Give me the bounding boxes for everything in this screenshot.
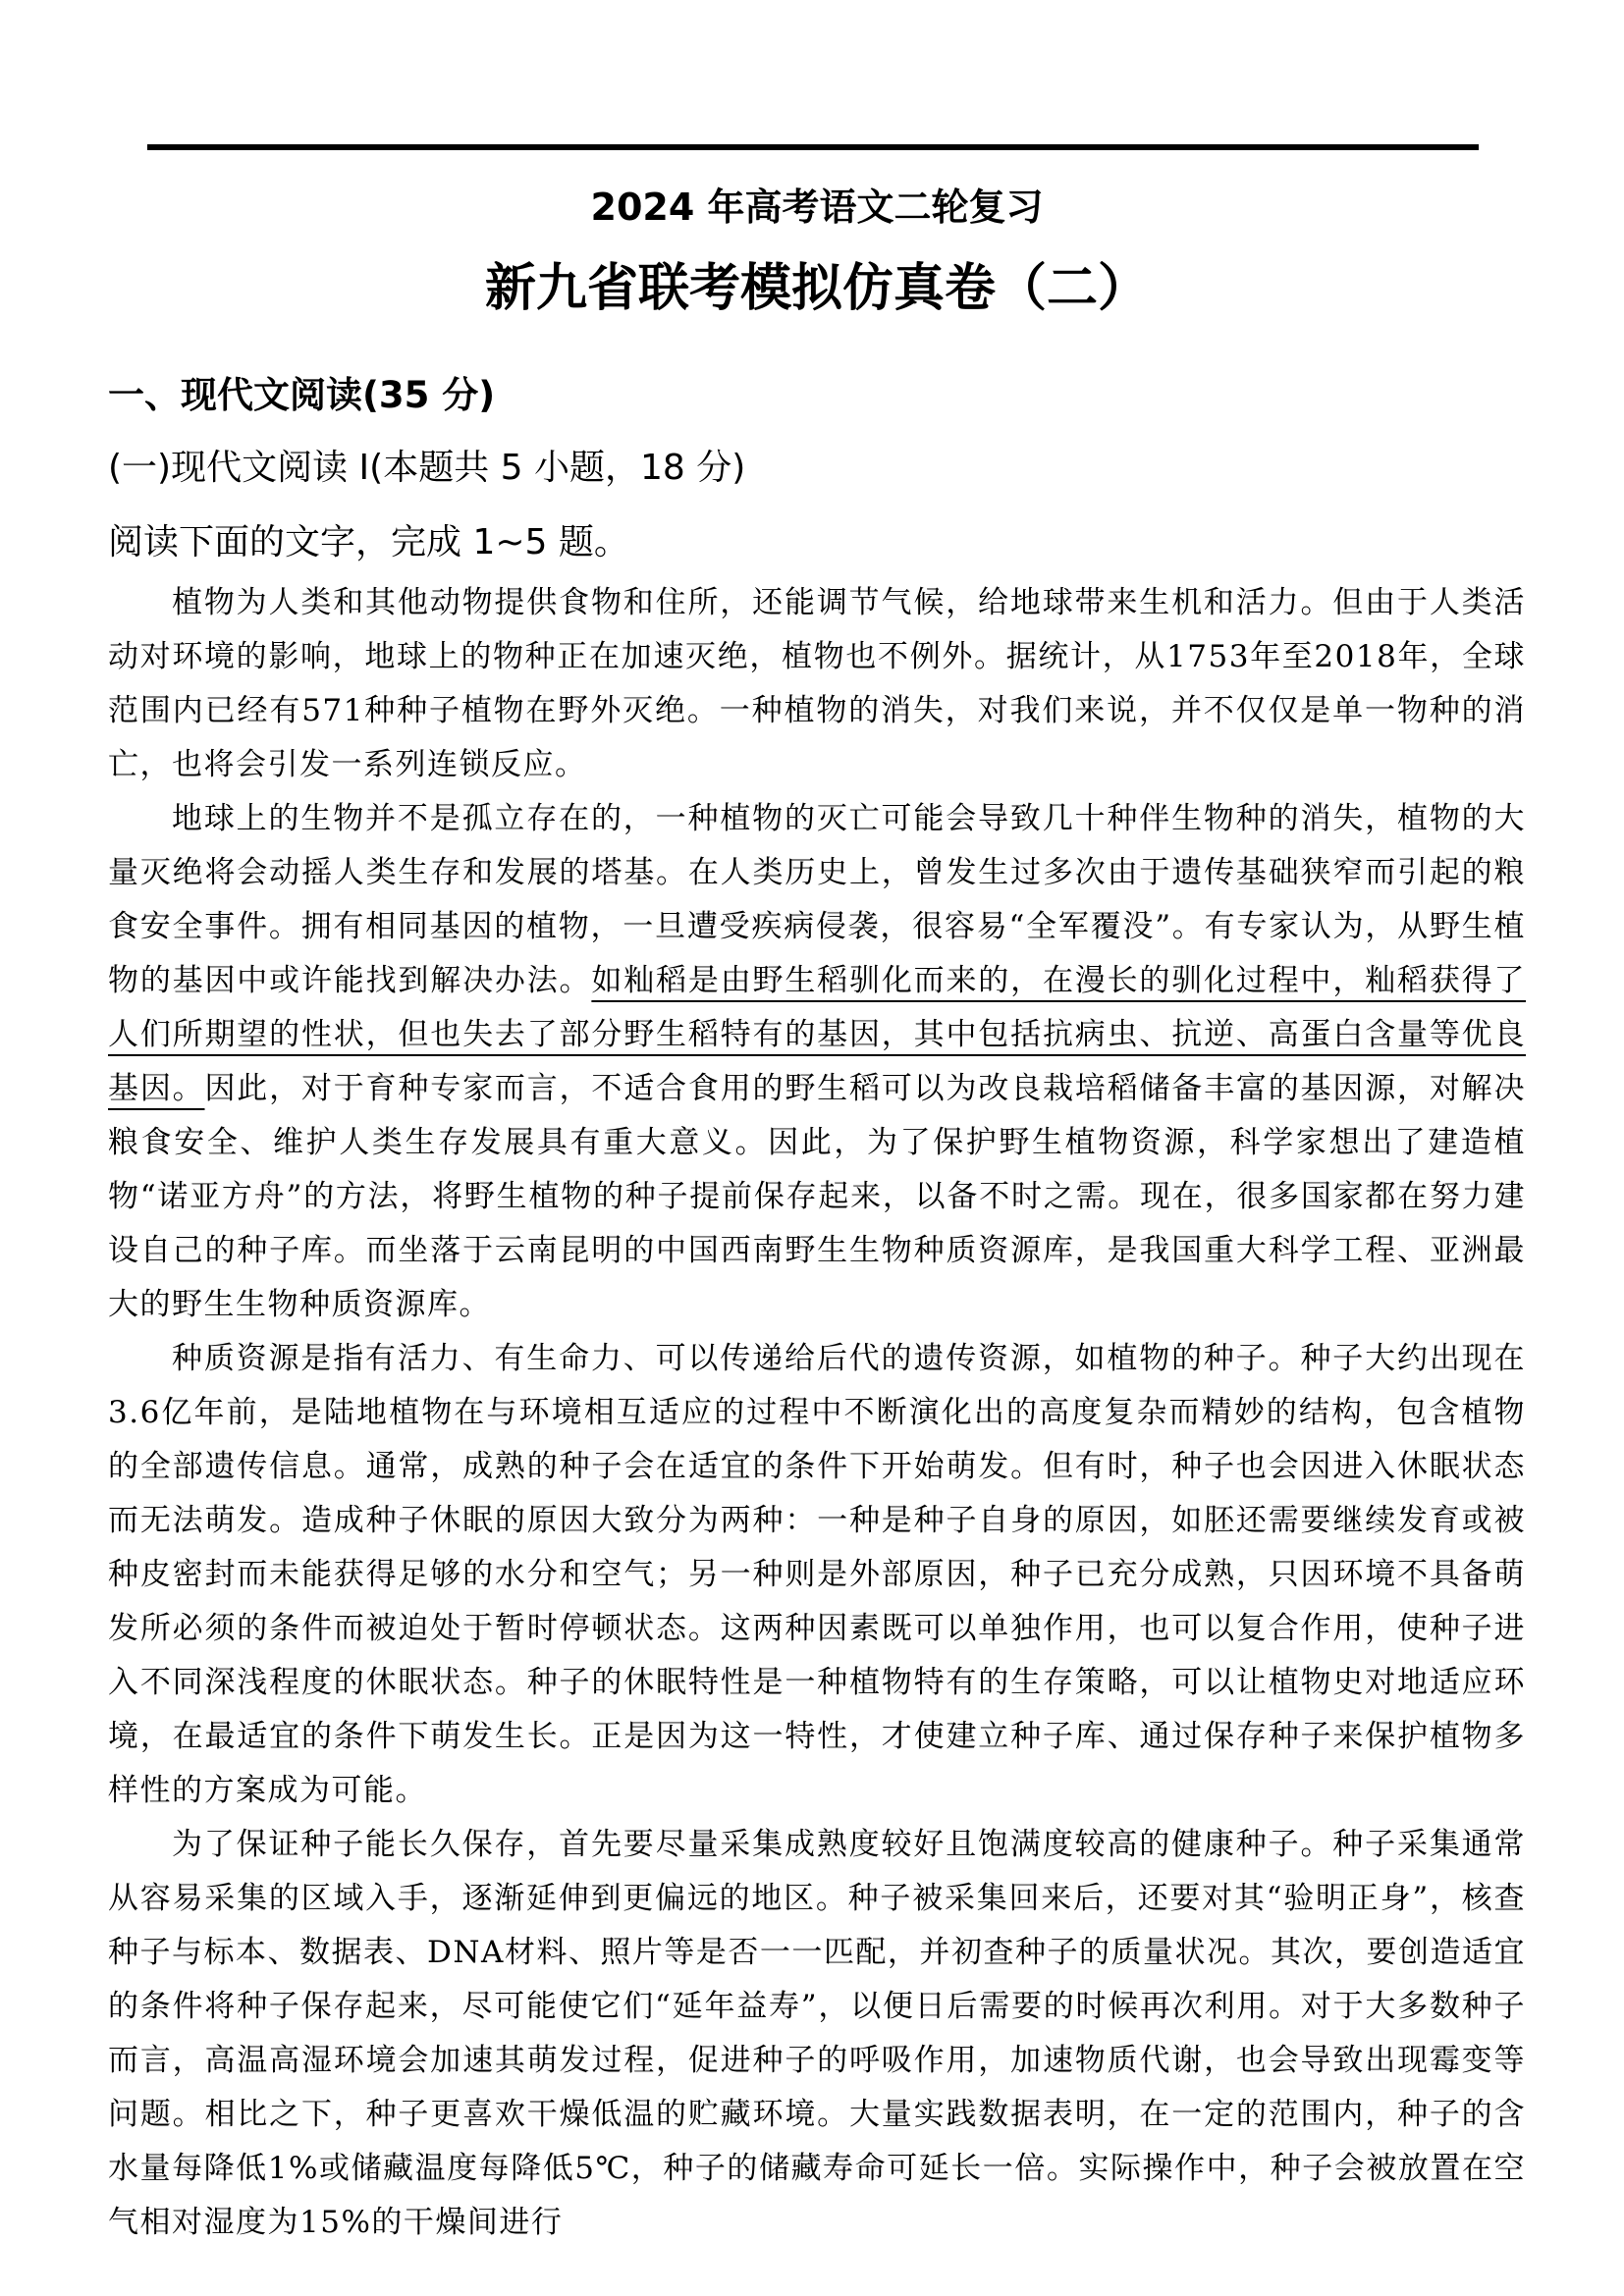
page-content: 2024 年高考语文二轮复习 新九省联考模拟仿真卷（二） 一、现代文阅读(35 … (108, 162, 1526, 2250)
exam-paper-page: 2024 年高考语文二轮复习 新九省联考模拟仿真卷（二） 一、现代文阅读(35 … (0, 0, 1624, 2296)
subsection-heading: (一)现代文阅读 I(本题共 5 小题，18 分) (108, 445, 1526, 492)
paragraph-2-post-text: 因此，对于育种专家而言，不适合食用的野生稻可以为改良栽培稻储备丰富的基因源，对解… (108, 1071, 1526, 1322)
reading-passage: 植物为人类和其他动物提供食物和住所，还能调节气候，给地球带来生机和活力。但由于人… (108, 576, 1526, 2250)
section-heading: 一、现代文阅读(35 分) (108, 372, 1526, 419)
passage-paragraph-1: 植物为人类和其他动物提供食物和住所，还能调节气候，给地球带来生机和活力。但由于人… (108, 576, 1526, 792)
doc-title-line-2: 新九省联考模拟仿真卷（二） (108, 256, 1526, 321)
passage-paragraph-2: 地球上的生物并不是孤立存在的，一种植物的灭亡可能会导致几十种伴生物种的消失，植物… (108, 792, 1526, 1332)
doc-title-line-1: 2024 年高考语文二轮复习 (108, 184, 1526, 231)
header-rule (147, 144, 1479, 150)
reading-instruction: 阅读下面的文字，完成 1~5 题。 (108, 519, 1526, 566)
passage-paragraph-3: 种质资源是指有活力、有生命力、可以传递给后代的遗传资源，如植物的种子。种子大约出… (108, 1332, 1526, 1818)
passage-paragraph-4: 为了保证种子能长久保存，首先要尽量采集成熟度较好且饱满度较高的健康种子。种子采集… (108, 1818, 1526, 2250)
